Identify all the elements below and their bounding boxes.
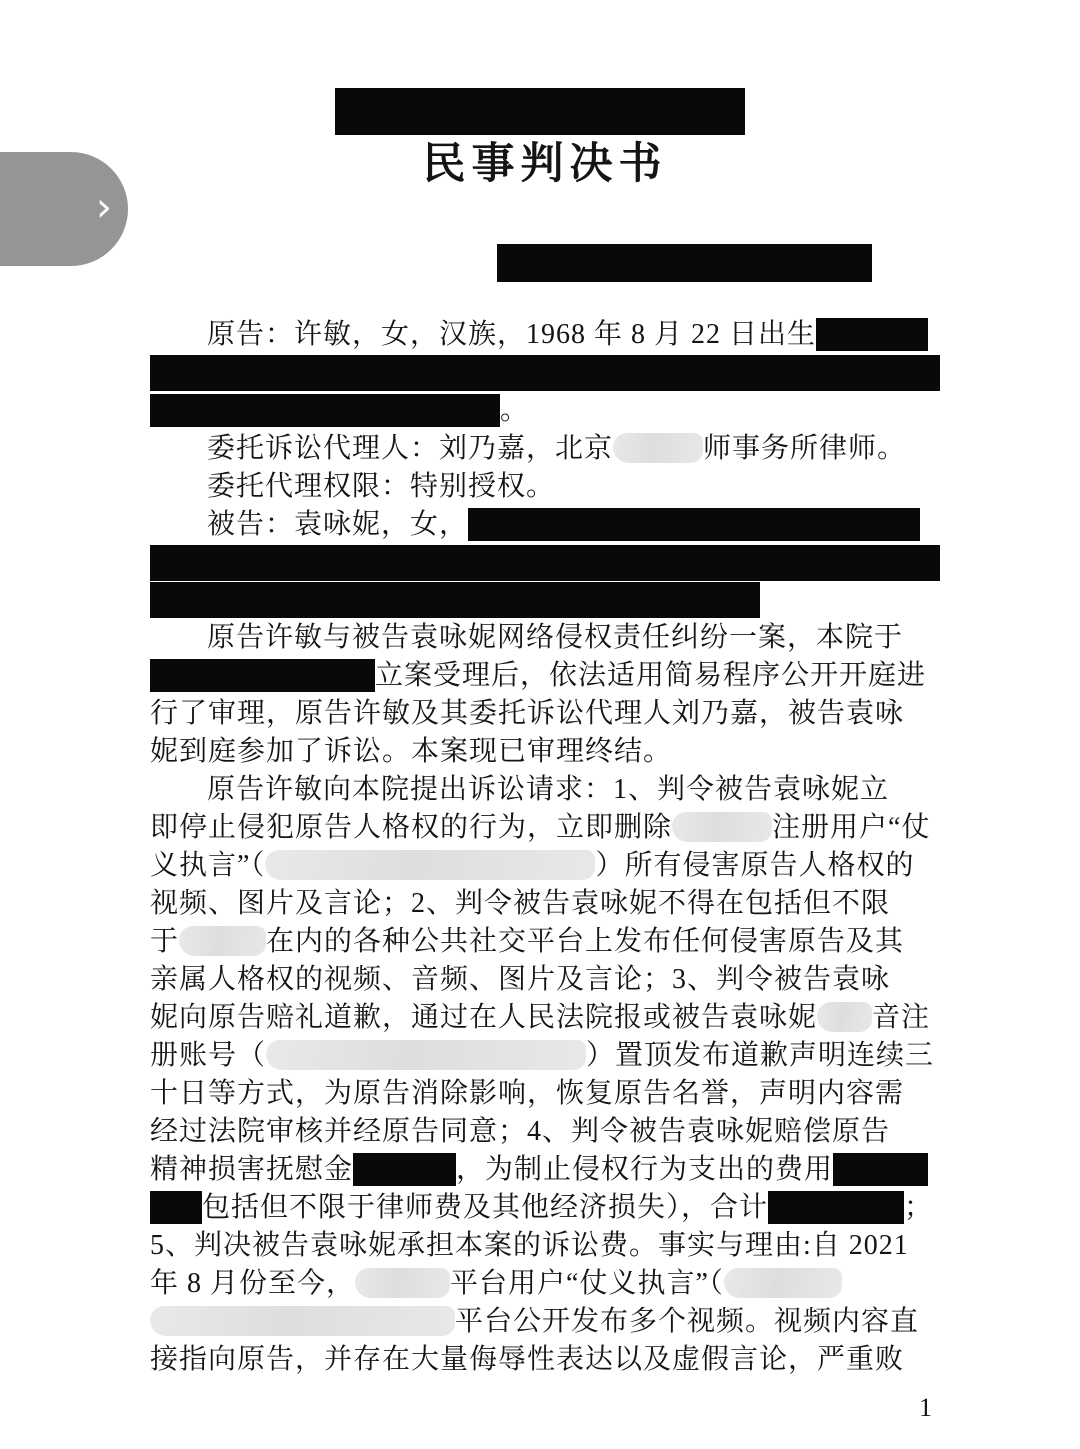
body-text: ）置顶发布道歉声明连续三: [586, 1040, 934, 1071]
line-claim2: 视频、图片及言论；2、判令被告袁咏妮不得在包括但不限: [150, 885, 940, 923]
nav-next-button[interactable]: ›: [0, 152, 128, 266]
document-content: 民事判决书 原告：许敏，女，汉族，1968 年 8 月 22 日出生 。 委托诉…: [150, 88, 940, 1423]
line-claim5: 5、判决被告袁咏妮承担本案的诉讼费。事实与理由:自 2021: [150, 1227, 940, 1265]
chevron-right-icon: ›: [96, 187, 112, 227]
body-text: 包括但不限于律师费及其他经济损失），合计: [202, 1192, 768, 1223]
body-text: 即停止侵犯原告人格权的行为，立即删除: [150, 812, 672, 843]
body-text: 注册用户“仗: [772, 812, 930, 843]
body-text: 妮向原告赔礼道歉，通过在人民法院报或被告袁咏妮: [150, 1002, 817, 1033]
authority-text: 委托代理权限：特别授权。: [207, 471, 555, 502]
line-claim2-platforms: 于在内的各种公共社交平台上发布任何侵害原告及其: [150, 923, 940, 961]
page-number: 1: [150, 1393, 940, 1423]
redaction-blur: [150, 1306, 455, 1336]
body-text: 平台公开发布多个视频。视频内容直: [455, 1306, 919, 1337]
line-claim3-apology: 妮向原告赔礼道歉，通过在人民法院报或被告袁咏妮音注: [150, 999, 940, 1037]
judgment-title: 民事判决书: [150, 139, 940, 191]
redaction-bar-court-name: [335, 88, 745, 135]
body-text: 义执言”（: [150, 850, 265, 881]
body-text: 原告许敏向本院提出诉讼请求：1、判令被告袁咏妮立: [207, 774, 889, 805]
redaction-bar: [353, 1153, 456, 1186]
redaction-blur: [179, 926, 266, 956]
redaction-bar: [833, 1153, 928, 1186]
line-defendant: 被告：袁咏妮，女，: [150, 506, 940, 544]
line-claim3: 亲属人格权的视频、音频、图片及言论；3、判令被告袁咏: [150, 961, 940, 999]
redaction-bar: [816, 318, 928, 351]
redaction-blur: [613, 433, 703, 463]
line-facts-insults: 接指向原告，并存在大量侮辱性表达以及虚假言论，严重败: [150, 1341, 940, 1379]
redaction-blur: [355, 1268, 450, 1298]
redaction-bar: [150, 1191, 202, 1224]
body-text: 行了审理，原告许敏及其委托诉讼代理人刘乃嘉，被告袁咏: [150, 698, 904, 729]
body-text: 十日等方式，为原告消除影响，恢复原告名誉，声明内容需: [150, 1078, 904, 1109]
redaction-bar: [150, 394, 500, 427]
body-text: 在内的各种公共社交平台上发布任何侵害原告及其: [266, 926, 904, 957]
body-text: 接指向原告，并存在大量侮辱性表达以及虚假言论，严重败: [150, 1344, 904, 1375]
body-text: 年 8 月份至今，: [150, 1268, 355, 1299]
redaction-blur: [817, 1002, 872, 1032]
agent-text-2: 师事务所律师。: [703, 433, 906, 464]
body-text: ，为制止侵权行为支出的费用: [456, 1154, 833, 1185]
line-hearing: 行了审理，原告许敏及其委托诉讼代理人刘乃嘉，被告袁咏: [150, 695, 940, 733]
line-claim1: 即停止侵犯原告人格权的行为，立即删除注册用户“仗: [150, 809, 940, 847]
document-page: › 民事判决书 原告：许敏，女，汉族，1968 年 8 月 22 日出生 。 委…: [0, 0, 1080, 1449]
body-text: 亲属人格权的视频、音频、图片及言论；3、判令被告袁咏: [150, 964, 890, 995]
line-plaintiff: 原告：许敏，女，汉族，1968 年 8 月 22 日出生: [150, 316, 940, 354]
line-filing: 立案受理后，依法适用简易程序公开开庭进: [150, 657, 940, 695]
body-text: 平台用户“仗义执言”（: [450, 1268, 724, 1299]
line-facts: 年 8 月份至今，平台用户“仗义执言”（: [150, 1265, 940, 1303]
body-text: 视频、图片及言论；2、判令被告袁咏妮不得在包括但不限: [150, 888, 890, 919]
defendant-text: 被告：袁咏妮，女，: [207, 509, 468, 540]
body-text: 经过法院审核并经原告同意；4、判令被告袁咏妮赔偿原告: [150, 1116, 890, 1147]
redaction-bar: [150, 355, 940, 391]
redaction-bar: [768, 1191, 904, 1224]
redaction-blur: [724, 1268, 842, 1298]
body-text: 于: [150, 926, 179, 957]
line-claim4-damages: 精神损害抚慰金，为制止侵权行为支出的费用: [150, 1151, 940, 1189]
plaintiff-text: 原告：许敏，女，汉族，1968 年 8 月 22 日出生: [207, 319, 816, 350]
body-text: 精神损害抚慰金: [150, 1154, 353, 1185]
redaction-bar: [468, 508, 920, 541]
line-agent-authority: 委托代理权限：特别授权。: [150, 468, 940, 506]
redaction-bar-case-number: [497, 244, 872, 282]
line-claims-intro: 原告许敏向本院提出诉讼请求：1、判令被告袁咏妮立: [150, 771, 940, 809]
line-plaintiff-address: 。: [150, 392, 940, 430]
line-facts-videos: 平台公开发布多个视频。视频内容直: [150, 1303, 940, 1341]
redaction-blur: [672, 812, 772, 842]
body-text: 立案受理后，依法适用简易程序公开开庭进: [375, 660, 926, 691]
line-claim1-account: 义执言”（）所有侵害原告人格权的: [150, 847, 940, 885]
line-hearing-end: 妮到庭参加了诉讼。本案现已审理终结。: [150, 733, 940, 771]
agent-text: 委托诉讼代理人：刘乃嘉，北京: [207, 433, 613, 464]
redaction-bar: [150, 659, 375, 692]
redaction-bar: [150, 582, 760, 618]
body-text: 5、判决被告袁咏妮承担本案的诉讼费。事实与理由:自 2021: [150, 1230, 909, 1261]
body-text: ；: [904, 1192, 933, 1223]
body-text: 妮到庭参加了诉讼。本案现已审理终结。: [150, 736, 672, 767]
line-claim3-duration: 十日等方式，为原告消除影响，恢复原告名誉，声明内容需: [150, 1075, 940, 1113]
redaction-blur: [265, 850, 595, 880]
redaction-bar: [150, 545, 940, 581]
line-case-intro: 原告许敏与被告袁咏妮网络侵权责任纠纷一案，本院于: [150, 619, 940, 657]
body-text: ）所有侵害原告人格权的: [595, 850, 914, 881]
body-text: 册账号（: [150, 1040, 266, 1071]
redaction-blur: [266, 1040, 586, 1070]
body-text: 音注: [872, 1002, 930, 1033]
period-text: 。: [500, 395, 529, 426]
line-claim4: 经过法院审核并经原告同意；4、判令被告袁咏妮赔偿原告: [150, 1113, 940, 1151]
line-claim4-total: 包括但不限于律师费及其他经济损失），合计；: [150, 1189, 940, 1227]
line-claim3-account: 册账号（）置顶发布道歉声明连续三: [150, 1037, 940, 1075]
body-text: 原告许敏与被告袁咏妮网络侵权责任纠纷一案，本院于: [207, 622, 903, 653]
line-agent: 委托诉讼代理人：刘乃嘉，北京师事务所律师。: [150, 430, 940, 468]
